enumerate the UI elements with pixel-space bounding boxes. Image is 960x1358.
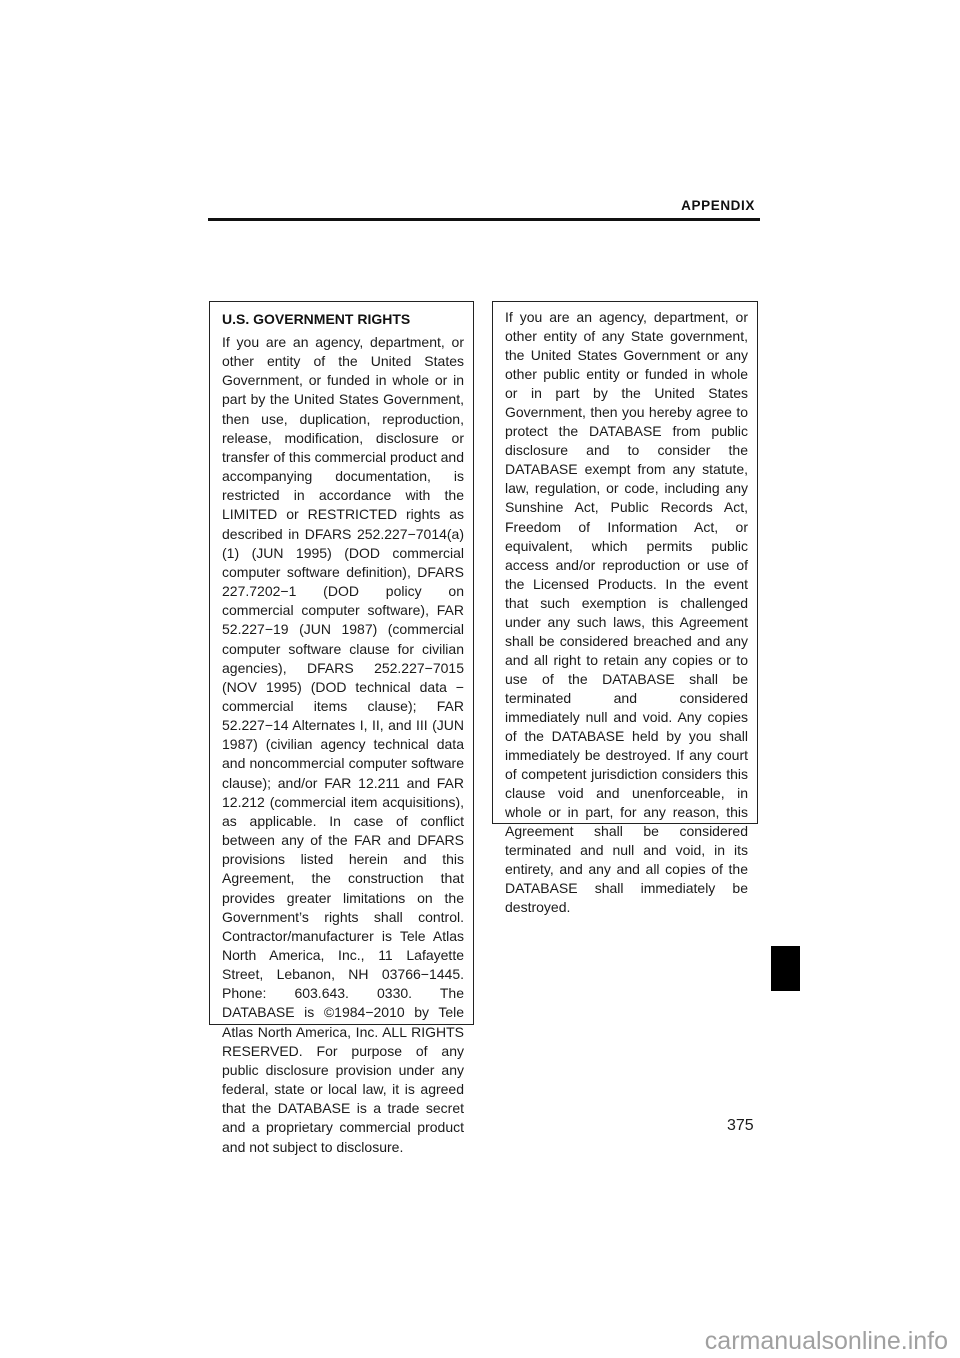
section-title: APPENDIX: [600, 198, 755, 213]
box-heading: U.S. GOVERNMENT RIGHTS: [222, 310, 464, 328]
header-divider: [208, 218, 760, 221]
watermark: carmanualsonline.info: [705, 1327, 948, 1356]
box-body-text: If you are an agency, department, or oth…: [222, 333, 464, 1157]
page-number: 375: [727, 1117, 754, 1135]
section-thumb-tab: [771, 946, 800, 991]
state-government-box: If you are an agency, department, or oth…: [492, 301, 758, 824]
us-government-rights-box: U.S. GOVERNMENT RIGHTS If you are an age…: [209, 301, 474, 1025]
box-body-text: If you are an agency, department, or oth…: [505, 308, 748, 918]
